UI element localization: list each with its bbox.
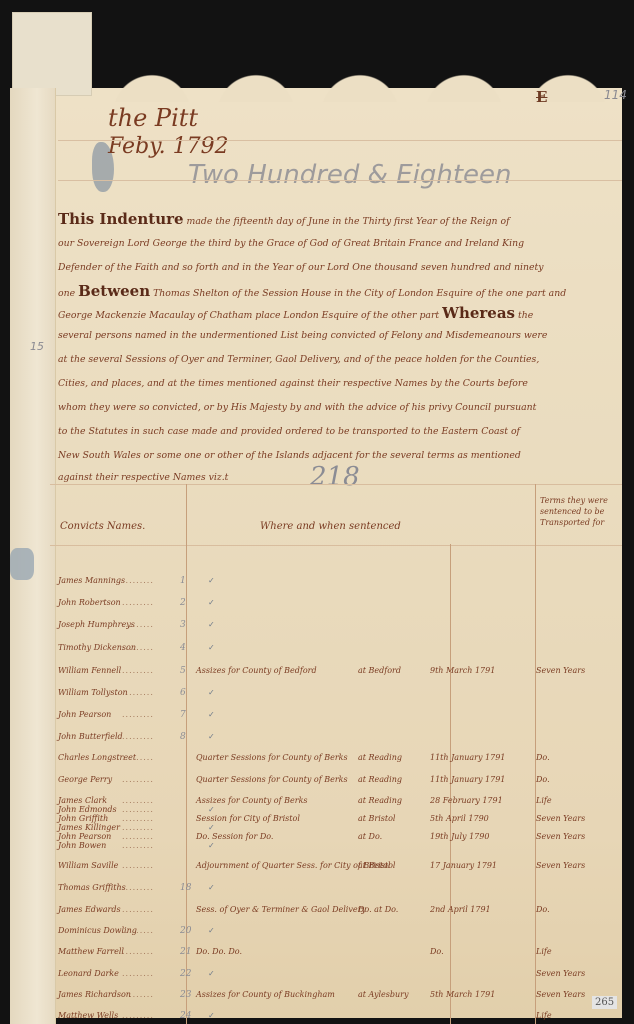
pencil-check-icon: ✓ xyxy=(208,710,215,719)
court-place: Sess. of Oyer & Terminer & Gaol Delivery xyxy=(196,905,366,914)
leader-dots: ......... xyxy=(122,883,154,892)
court-place: Session for City of Bristol xyxy=(196,814,300,823)
sentence-date: 5th April 1790 xyxy=(430,814,489,823)
sentence-date: 28 February 1791 xyxy=(430,796,503,805)
convict-name: James Killinger xyxy=(58,823,120,832)
convict-name: John Robertson xyxy=(58,598,121,607)
between-heading: Between xyxy=(78,282,150,300)
sentence-date: 11th January 1791 xyxy=(430,753,505,762)
row-number: 24 xyxy=(180,1011,191,1021)
row-number: 6 xyxy=(180,688,186,698)
header-terms: Terms they were sentenced to be Transpor… xyxy=(540,495,620,528)
sentence-term: Seven Years xyxy=(536,990,585,999)
indenture-line-9: whom they were so convicted, or by His M… xyxy=(58,402,536,413)
convict-name: John Butterfield xyxy=(58,732,123,741)
row-number: 8 xyxy=(180,732,186,742)
leader-dots: ......... xyxy=(122,969,154,978)
indenture-line-5: George Mackenzie Macaulay of Chatham pla… xyxy=(58,304,533,322)
sentence-date: 11th January 1791 xyxy=(430,775,505,784)
court-town: at Aylesbury xyxy=(358,990,409,999)
convict-row: James EdwardsSess. of Oyer & Terminer & … xyxy=(58,905,618,919)
convict-row: John Robertson2.........✓ xyxy=(58,598,618,612)
convict-row: James Richardson23Assizes for County of … xyxy=(58,990,618,1004)
pencil-check-icon: ✓ xyxy=(208,805,215,814)
court-place: Quarter Sessions for County of Berks xyxy=(196,775,348,784)
convict-row: Leonard Darke22Seven Years.........✓ xyxy=(58,969,618,983)
convict-row: William SavilleAdjournment of Quarter Se… xyxy=(58,861,618,875)
indenture-heading: This Indenture xyxy=(58,210,184,228)
row-number: 21 xyxy=(180,947,191,957)
leader-dots: ......... xyxy=(122,775,154,784)
court-place: Do. Session for Do. xyxy=(196,832,273,841)
pencil-check-icon: ✓ xyxy=(208,576,215,585)
leader-dots: ......... xyxy=(122,814,154,823)
convict-name: Thomas Griffiths xyxy=(58,883,126,892)
sentence-term: Seven Years xyxy=(536,969,585,978)
sentence-term: Seven Years xyxy=(536,814,585,823)
leader-dots: ......... xyxy=(122,688,154,697)
pencil-check-icon: ✓ xyxy=(208,969,215,978)
sentence-term: Life xyxy=(536,1011,552,1020)
sentence-term: Life xyxy=(536,947,552,956)
court-place: Assizes for County of Buckingham xyxy=(196,990,335,999)
indenture-line-4: one Between Thomas Shelton of the Sessio… xyxy=(58,282,566,300)
pencil-check-icon: ✓ xyxy=(208,823,215,832)
sentence-date: 9th March 1791 xyxy=(430,666,495,675)
header-where-when: Where and when sentenced xyxy=(260,521,401,532)
convict-name: William Saville xyxy=(58,861,118,870)
court-town: at Reading xyxy=(358,775,402,784)
folio-number: 114 xyxy=(604,88,627,102)
convict-name: James Clark xyxy=(58,796,107,805)
convict-name: James Mannings xyxy=(58,576,125,585)
indenture-line-3: Defender of the Faith and so forth and i… xyxy=(58,262,543,273)
row-number: 22 xyxy=(180,969,191,979)
sentence-term: Life xyxy=(536,796,552,805)
court-place: Assizes for County of Berks xyxy=(196,796,308,805)
leader-dots: ......... xyxy=(122,710,154,719)
pencil-check-icon: ✓ xyxy=(208,926,215,935)
pencil-check-icon: ✓ xyxy=(208,620,215,629)
pencil-check-icon: ✓ xyxy=(208,1011,215,1020)
document-date: Feby. 1792 xyxy=(108,134,229,159)
leader-dots: ......... xyxy=(122,1011,154,1020)
court-town: at Bristol xyxy=(358,861,395,870)
sentence-term: Seven Years xyxy=(536,666,585,675)
ruled-line xyxy=(58,180,622,181)
convict-name: Matthew Farrell xyxy=(58,947,124,956)
convict-name: John Griffith xyxy=(58,814,108,823)
leader-dots: ......... xyxy=(122,905,154,914)
convict-name: James Edwards xyxy=(58,905,121,914)
leader-dots: ......... xyxy=(122,576,154,585)
court-place: Assizes for County of Bedford xyxy=(196,666,317,675)
convict-name: John Edmonds xyxy=(58,805,117,814)
convict-row: Matthew Wells24Life.........✓ xyxy=(58,1011,618,1024)
indenture-line-1: This Indenture made the fifteenth day of… xyxy=(58,210,510,228)
leader-dots: ......... xyxy=(122,832,154,841)
convict-row: William Fennell5Assizes for County of Be… xyxy=(58,666,618,680)
leader-dots: ......... xyxy=(122,805,154,814)
leader-dots: ......... xyxy=(122,732,154,741)
row-number: 18 xyxy=(180,883,191,893)
amount-in-words: Two Hundred & Eighteen xyxy=(188,160,512,190)
pencil-check-icon: ✓ xyxy=(208,598,215,607)
table-header: Convicts Names. Where and when sentenced… xyxy=(50,484,622,546)
leader-dots: ......... xyxy=(122,620,154,629)
leader-dots: ......... xyxy=(122,861,154,870)
convict-name: William Tollyston xyxy=(58,688,128,697)
convict-row: James Mannings1.........✓ xyxy=(58,576,618,590)
leader-dots: ......... xyxy=(122,666,154,675)
convict-row: William Tollyston6.........✓ xyxy=(58,688,618,702)
leader-dots: ......... xyxy=(122,990,154,999)
sentence-date: 17 January 1791 xyxy=(430,861,497,870)
row-number: 3 xyxy=(180,620,186,630)
leader-dots: ......... xyxy=(122,841,154,850)
court-town: at Reading xyxy=(358,753,402,762)
water-stain xyxy=(10,548,34,580)
court-place: Quarter Sessions for County of Berks xyxy=(196,753,348,762)
row-number: 20 xyxy=(180,926,191,936)
convict-row: Thomas Griffiths18.........✓ xyxy=(58,883,618,897)
sentence-date: 19th July 1790 xyxy=(430,832,489,841)
pencil-check-icon: ✓ xyxy=(208,688,215,697)
convict-name: Leonard Darke xyxy=(58,969,119,978)
convict-row: Timothy Dickenson4.........✓ xyxy=(58,643,618,657)
ship-name: the Pitt xyxy=(108,104,198,132)
paper-flap xyxy=(12,12,92,96)
convict-name: George Perry xyxy=(58,775,112,784)
leader-dots: ......... xyxy=(122,643,154,652)
sentence-term: Do. xyxy=(536,905,550,914)
leader-dots: ......... xyxy=(122,796,154,805)
convict-row: John Pearson7.........✓ xyxy=(58,710,618,724)
indenture-line-7: at the several Sessions of Oyer and Term… xyxy=(58,354,539,365)
convict-row: John Butterfield8.........✓ xyxy=(58,732,618,746)
margin-note: 15 xyxy=(30,340,44,353)
convict-row: George PerryQuarter Sessions for County … xyxy=(58,775,618,789)
pencil-check-icon: ✓ xyxy=(208,643,215,652)
row-number: 4 xyxy=(180,643,186,653)
court-town: at Bedford xyxy=(358,666,401,675)
sentence-date: 5th March 1791 xyxy=(430,990,495,999)
pencil-check-icon: ✓ xyxy=(208,732,215,741)
row-number: 2 xyxy=(180,598,186,608)
row-number: 1 xyxy=(180,576,186,586)
court-town: Do. at Do. xyxy=(358,905,398,914)
convict-row: Charles LongstreetQuarter Sessions for C… xyxy=(58,753,618,767)
indenture-line-2: our Sovereign Lord George the third by t… xyxy=(58,238,524,249)
convict-name: John Pearson xyxy=(58,832,111,841)
sentence-term: Do. xyxy=(536,753,550,762)
indenture-line-12: against their respective Names viz.t xyxy=(58,472,228,483)
row-number: 7 xyxy=(180,710,186,720)
row-number: 23 xyxy=(180,990,191,1000)
convict-name: John Bowen xyxy=(58,841,106,850)
convict-row: John Bowen.........✓ xyxy=(58,841,618,855)
convict-row: Matthew Farrell21Do. Do. Do.Do.Life.....… xyxy=(58,947,618,961)
convict-name: James Richardson xyxy=(58,990,131,999)
ruled-line xyxy=(58,140,622,141)
leader-dots: ......... xyxy=(122,598,154,607)
pencil-check-icon: ✓ xyxy=(208,883,215,892)
leader-dots: ......... xyxy=(122,823,154,832)
sentence-term: Seven Years xyxy=(536,861,585,870)
convict-name: William Fennell xyxy=(58,666,121,675)
sentence-date: 2nd April 1791 xyxy=(430,905,491,914)
indenture-line-8: Cities, and places, and at the times men… xyxy=(58,378,528,389)
convict-name: Matthew Wells xyxy=(58,1011,118,1020)
page-stamp: 265 xyxy=(592,996,617,1009)
leader-dots: ......... xyxy=(122,926,154,935)
header-convicts-names: Convicts Names. xyxy=(60,521,145,532)
court-town: at Bristol xyxy=(358,814,395,823)
row-number: 5 xyxy=(180,666,186,676)
sentence-term: Do. xyxy=(536,775,550,784)
indenture-line-6: several persons named in the undermentio… xyxy=(58,330,547,341)
convict-row: Dominicus Dowling20.........✓ xyxy=(58,926,618,940)
court-town: at Reading xyxy=(358,796,402,805)
court-town: at Do. xyxy=(358,832,382,841)
whereas-heading: Whereas xyxy=(442,304,515,322)
sentence-term: Seven Years xyxy=(536,832,585,841)
court-place: Do. Do. Do. xyxy=(196,947,242,956)
indenture-line-11: New South Wales or some one or other of … xyxy=(58,450,521,461)
indenture-line-10: to the Statutes in such case made and pr… xyxy=(58,426,520,437)
folio-mark: E xyxy=(536,88,547,106)
leader-dots: ......... xyxy=(122,753,154,762)
pencil-check-icon: ✓ xyxy=(208,841,215,850)
convict-name: John Pearson xyxy=(58,710,111,719)
sentence-date: Do. xyxy=(430,947,444,956)
convict-row: Joseph Humphreys3.........✓ xyxy=(58,620,618,634)
leader-dots: ......... xyxy=(122,947,154,956)
